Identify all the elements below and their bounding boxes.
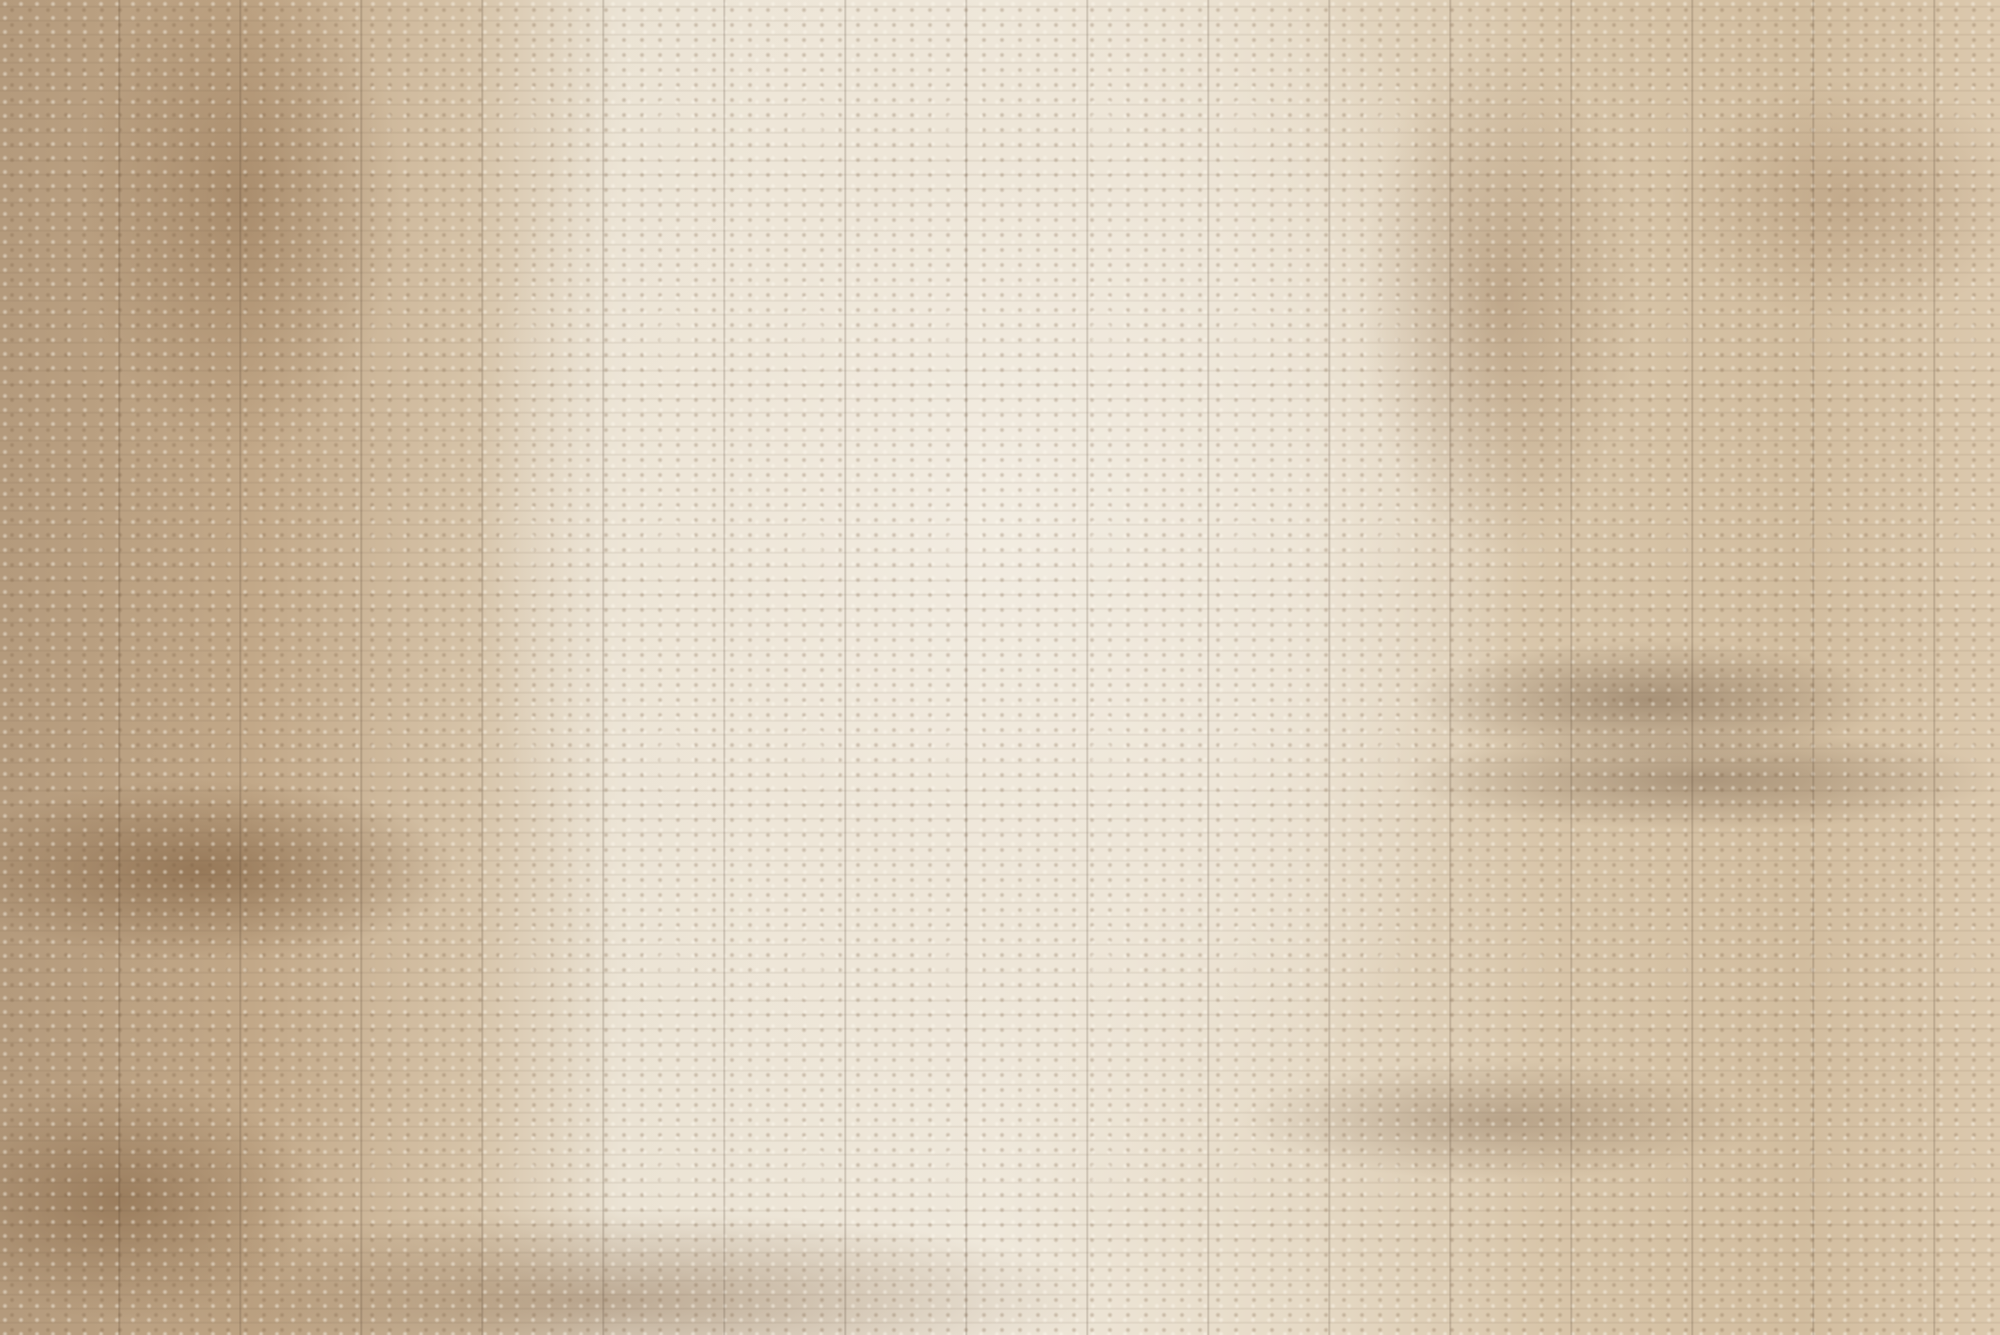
rug-texture-photo bbox=[0, 0, 2000, 1335]
rug-warp-lines bbox=[0, 0, 2000, 1335]
